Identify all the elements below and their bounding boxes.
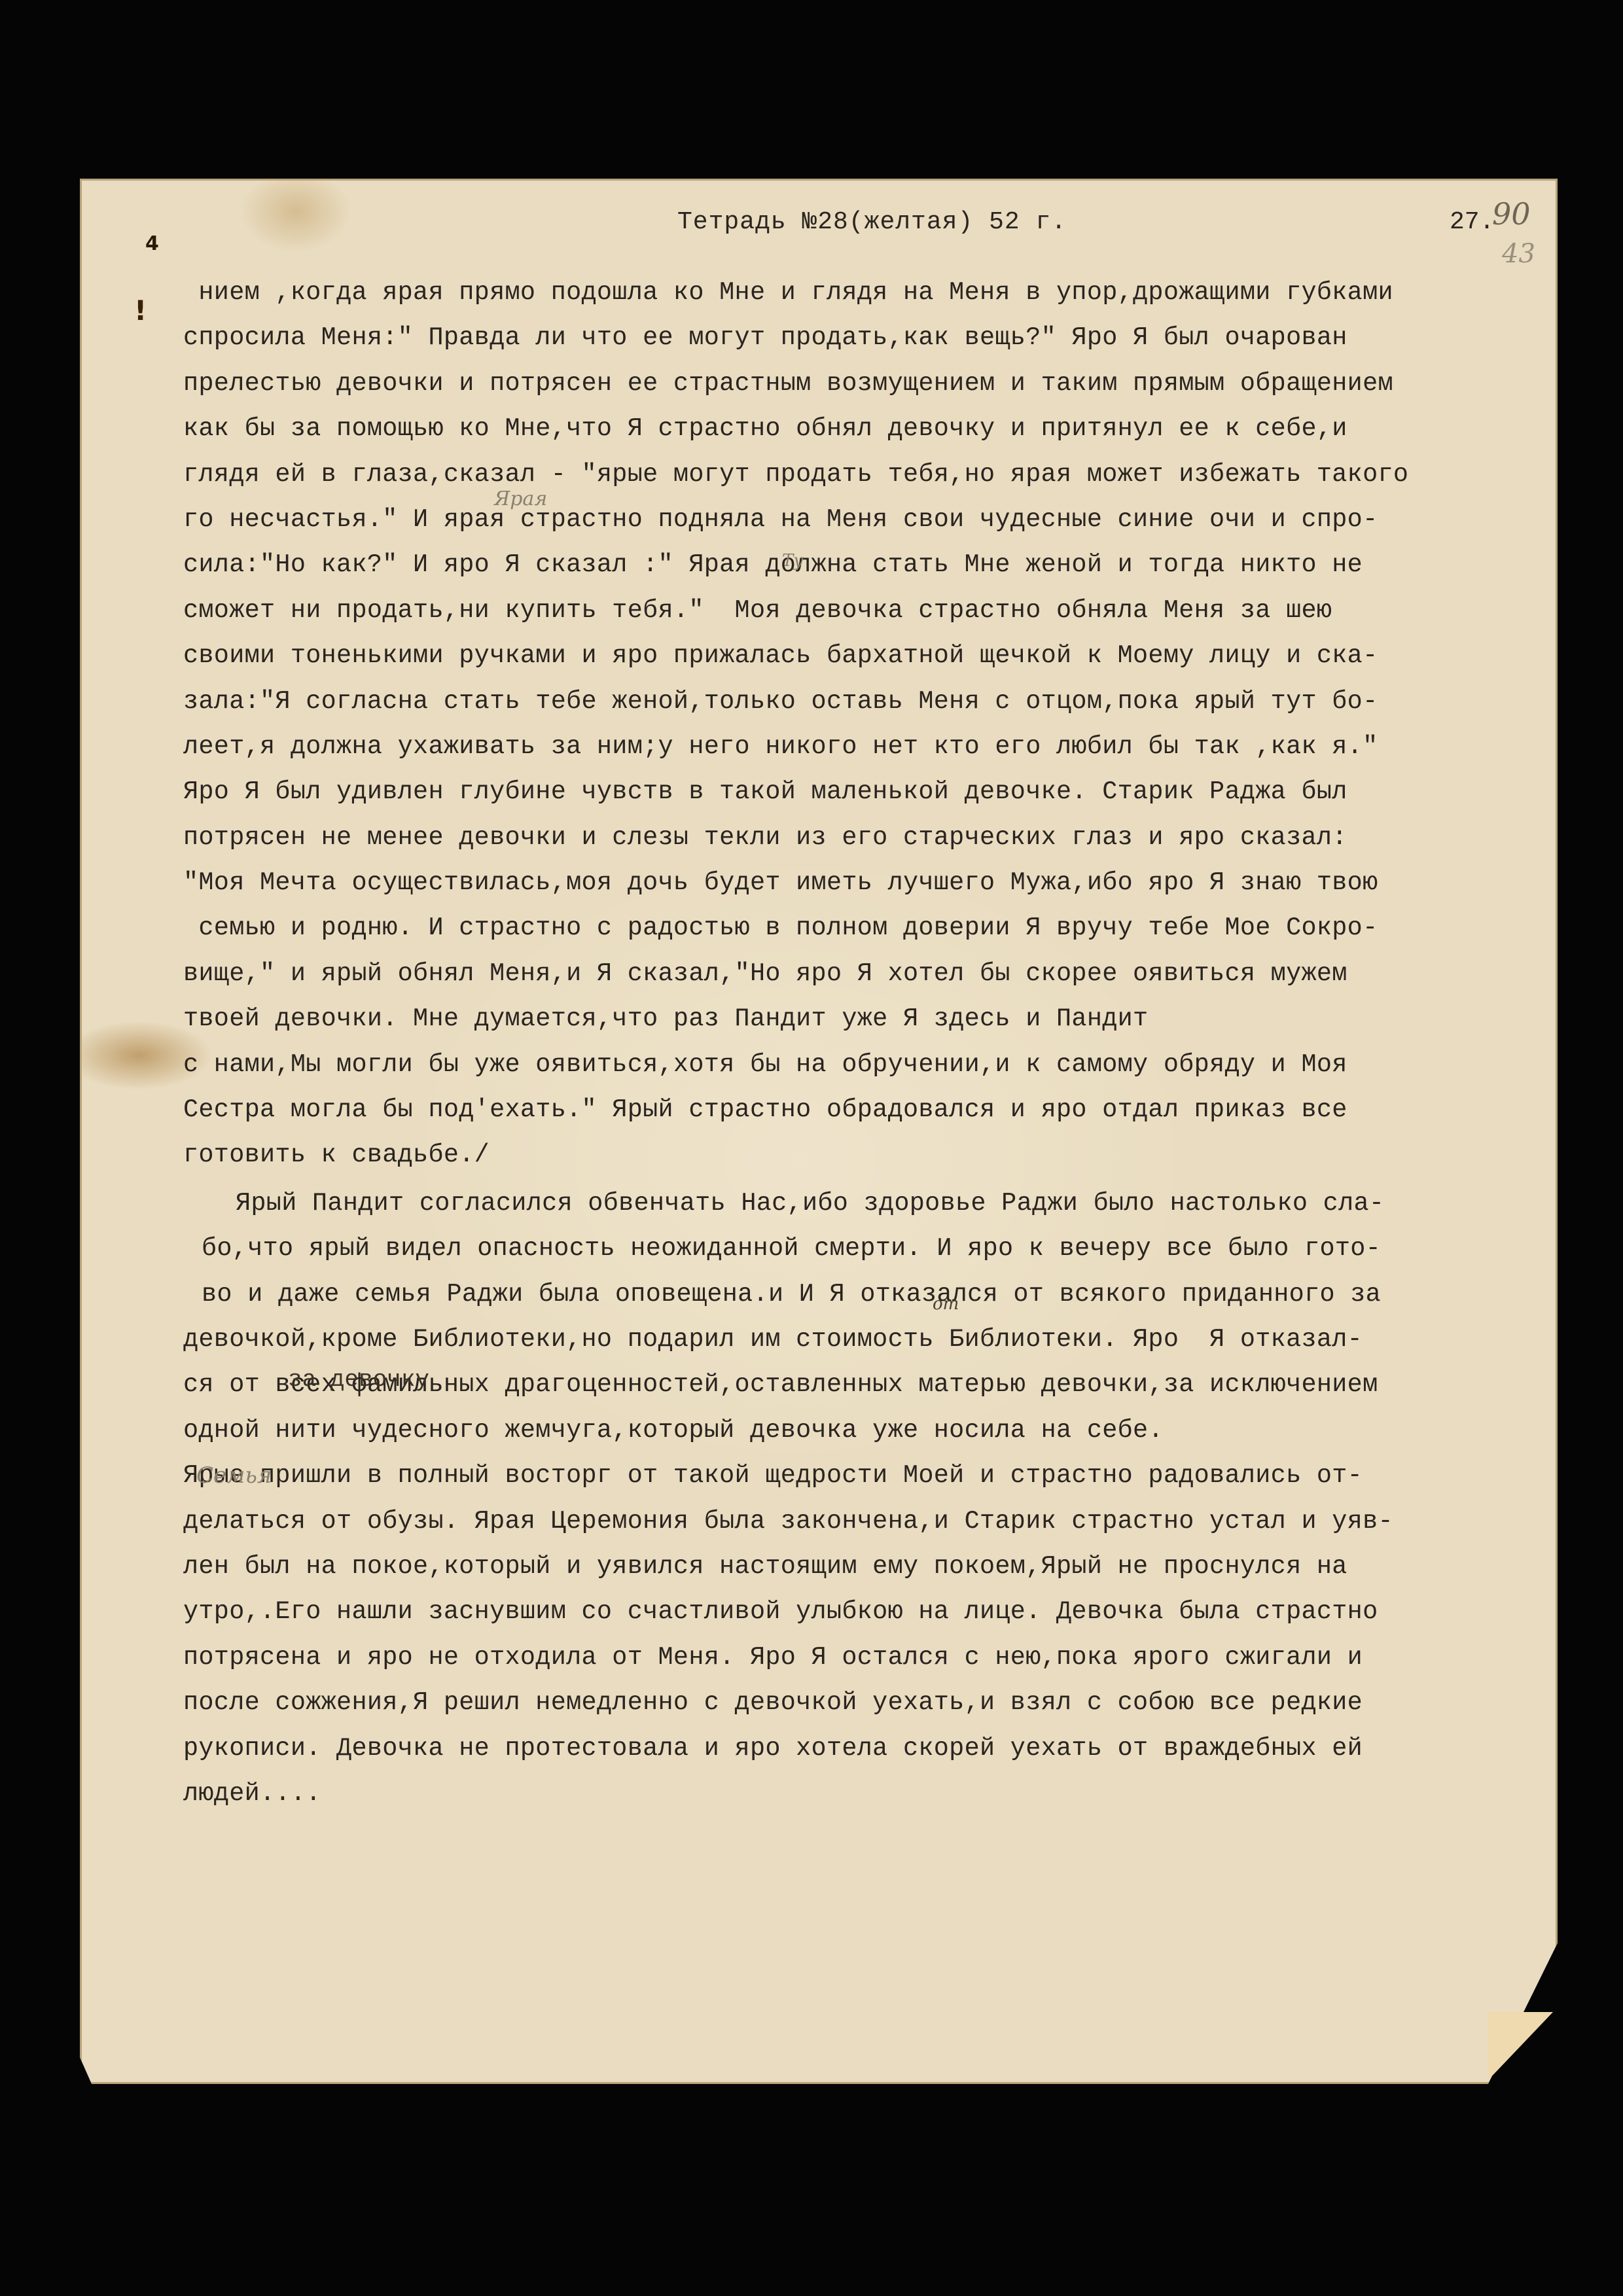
text-line: Сестра могла бы под'ехать." Ярый страстн…: [183, 1087, 1558, 1133]
text-line: во и даже семья Раджи была оповещена.и И…: [183, 1272, 1558, 1317]
page-number: 27.: [1450, 208, 1494, 236]
text-line: своими тоненькими ручками и яро прижалас…: [183, 633, 1558, 679]
text-line: одной нити чудесного жемчуга,который дев…: [183, 1408, 1558, 1453]
text-line: семью и родню. И страстно с радостью в п…: [183, 906, 1558, 951]
text-line: сможет ни продать,ни купить тебя." Моя д…: [183, 588, 1558, 633]
text-line: людей....: [183, 1771, 1558, 1816]
text-line: с нами,Мы могли бы уже оявиться,хотя бы …: [183, 1042, 1558, 1087]
text-line: бо,что ярый видел опасность неожиданной …: [183, 1226, 1558, 1271]
text-line: делаться от обузы. Ярая Церемония была з…: [183, 1499, 1558, 1544]
page-header: Тетрадь №28(желтая) 52 г. 27.: [0, 208, 1623, 247]
handwritten-annotation: Ту: [782, 551, 803, 571]
text-line: твоей девочки. Мне думается,что раз Панд…: [183, 997, 1558, 1042]
text-line: лен был на покое,который и уявился насто…: [183, 1544, 1558, 1589]
text-line: утро,.Его нашли заснувшим со счастливой …: [183, 1589, 1558, 1634]
handwritten-annotation: Ярая: [494, 487, 547, 510]
text-line: девочкой,кроме Библиотеки,но подарил им …: [183, 1317, 1558, 1362]
text-line: Яро Я был удивлен глубине чувств в такой…: [183, 769, 1558, 815]
folded-corner: [1488, 2012, 1553, 2081]
handwritten-annotation: от: [933, 1294, 959, 1314]
text-line: го несчастья." И ярая страстно подняла н…: [183, 497, 1558, 542]
text-line: после сожжения,Я решил немедленно с дево…: [183, 1680, 1558, 1725]
body-text: нием ,когда ярая прямо подошла ко Мне и …: [183, 270, 1558, 1816]
text-line: спросила Меня:" Правда ли что ее могут п…: [183, 315, 1558, 361]
text-line: нием ,когда ярая прямо подошла ко Мне и …: [183, 270, 1558, 315]
text-line: как бы за помощью ко Мне,что Я страстно …: [183, 406, 1558, 451]
text-line: прелестью девочки и потрясен ее страстны…: [183, 361, 1558, 406]
text-line: Ярый Пандит согласился обвенчать Нас,ибо…: [183, 1181, 1558, 1226]
handwritten-folio-number: 90: [1492, 196, 1531, 232]
text-line: вище," и ярый обнял Меня,и Я сказал,"Но …: [183, 951, 1558, 997]
text-line: сила:"Но как?" И яро Я сказал :" Ярая до…: [183, 542, 1558, 588]
text-line: зала:"Я согласна стать тебе женой,только…: [183, 679, 1558, 724]
margin-mark-ink-blot: !: [134, 294, 147, 327]
text-line: потрясен не менее девочки и слезы текли …: [183, 815, 1558, 860]
notebook-title: Тетрадь №28(желтая) 52 г.: [677, 208, 1067, 236]
handwritten-annotation: Семья: [196, 1462, 272, 1489]
text-line: "Моя Мечта осуществилась,моя дочь будет …: [183, 860, 1558, 906]
text-line: глядя ей в глаза,сказал - "ярые могут пр…: [183, 452, 1558, 497]
text-line: Ярые пришли в полный восторг от такой ще…: [183, 1453, 1558, 1498]
text-line: готовить к свадьбе./: [183, 1133, 1558, 1178]
text-line: леет,я должна ухаживать за ним;у него ни…: [183, 724, 1558, 769]
text-line: потрясена и яро не отходила от Меня. Яро…: [183, 1635, 1558, 1680]
text-line: рукописи. Девочка не протестовала и яро …: [183, 1726, 1558, 1771]
typed-interlinear-insertion: за девочку: [288, 1366, 429, 1393]
handwritten-folio-number-secondary: 43: [1502, 239, 1535, 269]
